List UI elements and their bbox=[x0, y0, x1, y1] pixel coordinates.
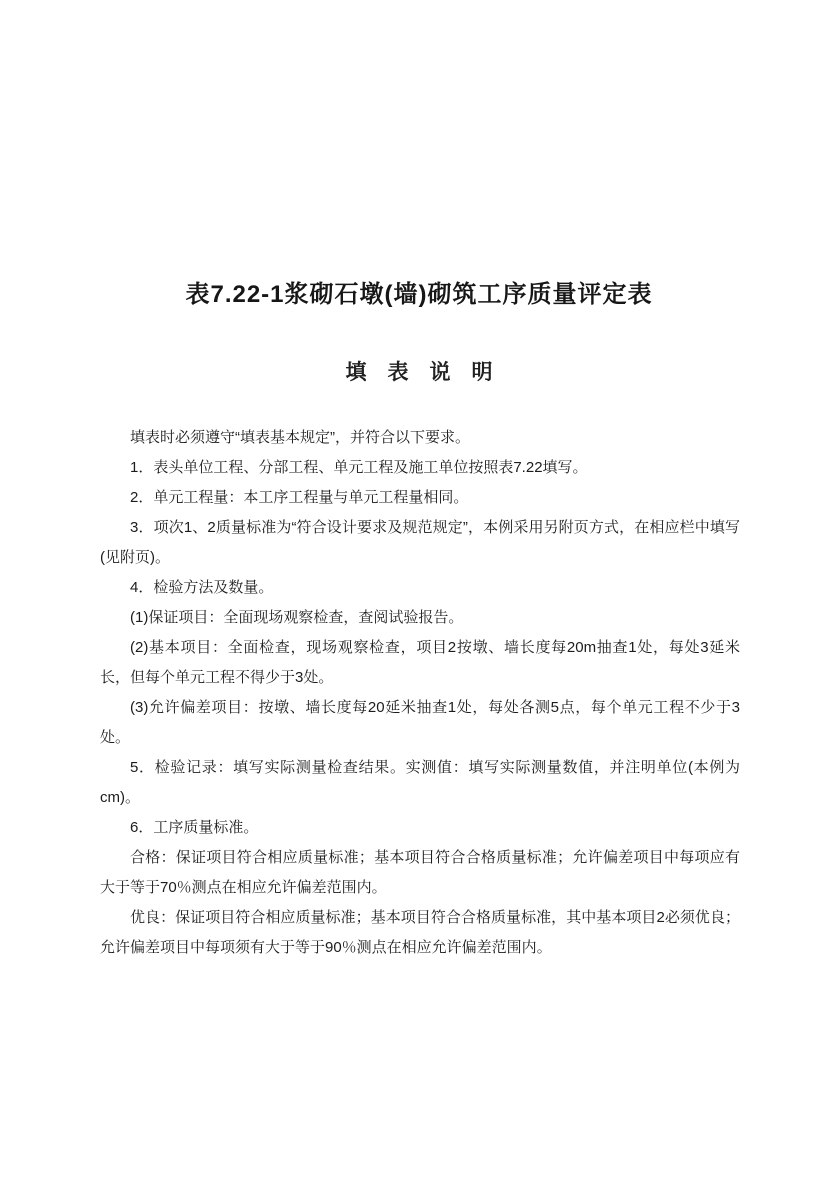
document-body: 填表时必须遵守“填表基本规定”，并符合以下要求。 1．表头单位工程、分部工程、单… bbox=[100, 423, 740, 963]
item-4-inspection-method: 4．检验方法及数量。 bbox=[100, 573, 740, 603]
standard-excellent: 优良：保证项目符合相应质量标准；基本项目符合合格质量标准，其中基本项目2必须优良… bbox=[100, 903, 740, 963]
item-5-inspection-record: 5．检验记录：填写实际测量检查结果。实测值：填写实际测量数值，并注明单位(本例为… bbox=[100, 753, 740, 813]
item-1-header-fill: 1．表头单位工程、分部工程、单元工程及施工单位按照表7.22填写。 bbox=[100, 453, 740, 483]
sub-item-3-tolerance: (3)允许偏差项目：按墩、墙长度每20延米抽查1处，每处各测5点，每个单元工程不… bbox=[100, 693, 740, 753]
sub-item-1-guarantee: (1)保证项目：全面现场观察检查，查阅试验报告。 bbox=[100, 603, 740, 633]
document-subtitle: 填 表 说 明 bbox=[0, 356, 838, 386]
item-2-unit-quantity: 2．单元工程量：本工序工程量与单元工程量相同。 bbox=[100, 483, 740, 513]
document-page: 表7.22-1浆砌石墩(墙)砌筑工序质量评定表 填 表 说 明 填表时必须遵守“… bbox=[0, 0, 838, 1186]
document-title: 表7.22-1浆砌石墩(墙)砌筑工序质量评定表 bbox=[0, 274, 838, 309]
intro-paragraph: 填表时必须遵守“填表基本规定”，并符合以下要求。 bbox=[100, 423, 740, 453]
sub-item-2-basic: (2)基本项目：全面检查，现场观察检查，项目2按墩、墙长度每20m抽查1处，每处… bbox=[100, 633, 740, 693]
standard-qualified: 合格：保证项目符合相应质量标准；基本项目符合合格质量标准；允许偏差项目中每项应有… bbox=[100, 843, 740, 903]
item-6-process-standard: 6．工序质量标准。 bbox=[100, 813, 740, 843]
item-3-quality-standard: 3．项次1、2质量标准为“符合设计要求及规范规定”，本例采用另附页方式，在相应栏… bbox=[100, 513, 740, 573]
